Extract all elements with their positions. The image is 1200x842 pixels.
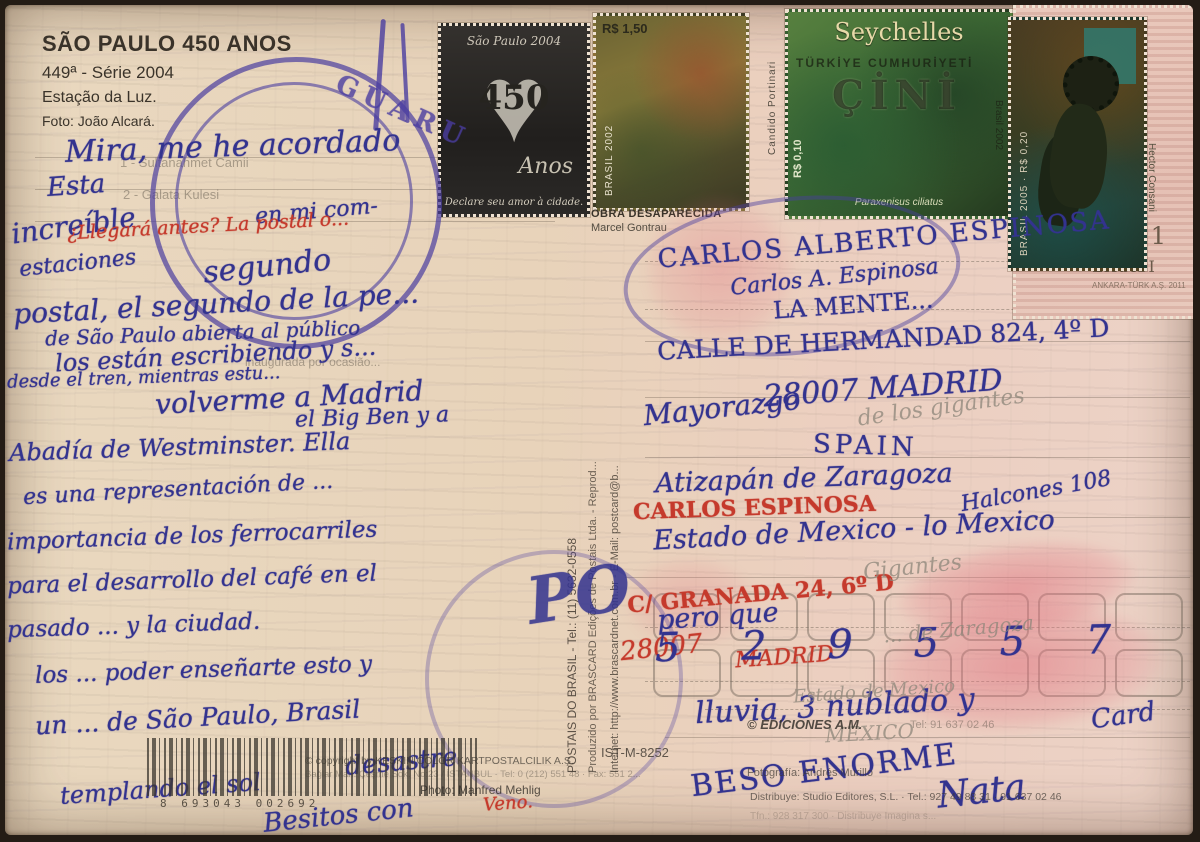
stamp-sp450-number: 450 (479, 78, 550, 118)
address-country: SPAIN (813, 429, 919, 463)
stamp-lirasi-sub: ANKARA-TÜRK A.Ş. 2011 (1092, 281, 1186, 290)
photo-credit: Foto: João Alcará. (42, 113, 155, 129)
keskin-address: Bağlar Mah. Çeşme Sok. No:23 / İSTANBUL … (305, 769, 641, 780)
postcard-title: SÃO PAULO 450 ANOS (42, 31, 292, 57)
distribuye-credit: Distribuye: Studio Editores, S.L. · Tel.… (750, 791, 1062, 803)
handwriting-line: Abadía de Westminster. Ella (9, 427, 351, 467)
handwriting-line: un ... de São Paulo, Brasil (34, 695, 360, 741)
stamp-turkiye-overlay: TÜRKİYE CUMHURİYETİ (796, 56, 973, 70)
fotografia-credit: Fotografía: Andrés Murillo (747, 767, 873, 779)
stamp-portinari: R$ 1,50 BRASIL 2002 (593, 13, 749, 211)
handwriting-line: importancia de los ferrocarriles (7, 517, 378, 556)
stamp-margin-artist: Candido Portinari (767, 61, 778, 155)
ediciones-tel: Tel: 91 637 02 46 (910, 719, 994, 731)
handwriting-line: estaciones (18, 245, 137, 282)
stamp-sp450: São Paulo 2004 ♥ 450 Anos Declare seu am… (438, 23, 590, 217)
stamp-sp450-anos: Anos (518, 154, 573, 179)
stamp-portinari-country: BRASIL 2002 (604, 125, 615, 196)
sun-figure-body (1044, 101, 1114, 212)
handwriting-line: para el desarrollo del café en el (7, 561, 378, 600)
stamp-cini-word: ÇİNİ (832, 72, 962, 119)
stamp-seychelles: Seychelles TÜRKİYE CUMHURİYETİ ÇİNİ R$ 0… (785, 9, 1013, 219)
subject-label: Estação da Luz. (42, 89, 157, 107)
stamp-code: IST-M-8252 (601, 745, 669, 760)
stamp-portinari-value: R$ 1,50 (602, 21, 648, 36)
handwriting-line: es una representación de ... (23, 469, 334, 510)
barcode-digits: 8 693043 002692 (160, 797, 319, 810)
keskin-copyright: © copyright by KESKIN COLOR KARTPOSTALCI… (305, 755, 574, 767)
address-line (645, 457, 1190, 458)
stamp-seychelles-title: Seychelles (834, 18, 963, 46)
postcard-back: SÃO PAULO 450 ANOS 449ª - Série 2004 Est… (5, 5, 1193, 835)
stamp-sp450-slogan: Declare seu amor à cidade. (441, 197, 587, 208)
handwriting-big-letters: PO (522, 549, 636, 639)
stamp-consani-artist: Hector Consani (1146, 143, 1157, 212)
handwriting-line: Esta (46, 169, 106, 203)
stamp-brasil2002-side: Brasil 2002 (993, 100, 1004, 150)
handwriting-line: los ... poder enseñarte esto y (35, 651, 373, 689)
series-label: 449ª - Série 2004 (42, 63, 174, 83)
address-line (665, 737, 1190, 738)
stamp-seychelles-value: R$ 0,10 (792, 139, 804, 178)
sun-figure-head (1063, 56, 1119, 112)
ediciones-name: © EDICIONES A.M. (747, 717, 862, 732)
photo-credit-bottom: Photo: Manfred Mehlig (420, 783, 541, 797)
address-alt-city: Atizapán de Zaragoza (655, 458, 954, 499)
distribuye-faint: Tfn.: 928 317 300 · Distribuye Imagina s… (750, 811, 936, 822)
handwriting-line: pasado ... y la ciudad. (7, 609, 261, 644)
